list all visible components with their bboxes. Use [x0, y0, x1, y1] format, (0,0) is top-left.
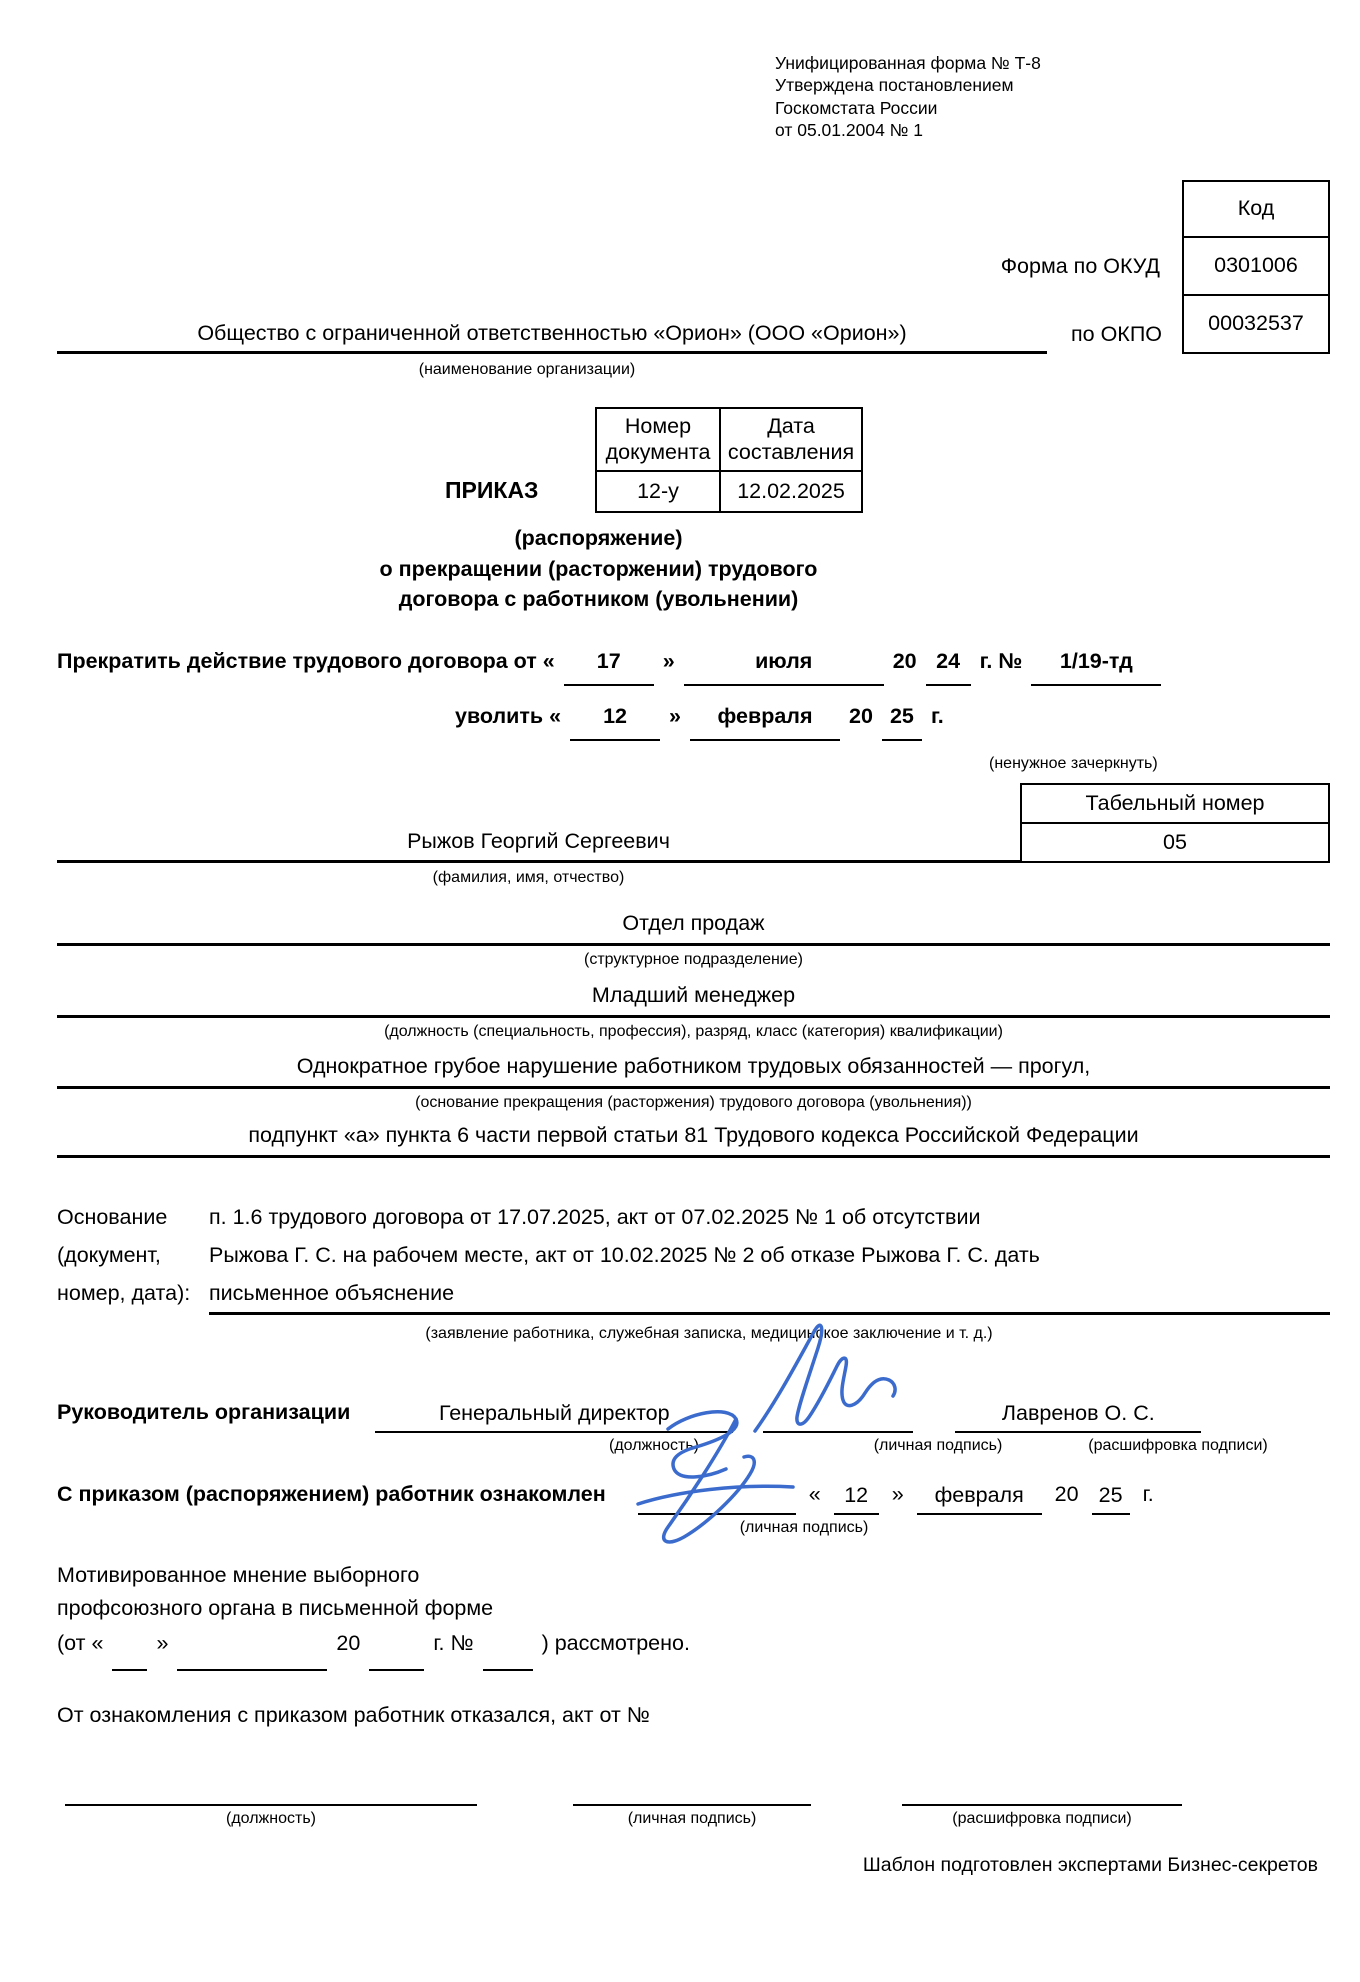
union-line: профсоюзного органа в письменной форме: [57, 1592, 1330, 1625]
head-name-field: Лавренов О. С.: [955, 1401, 1201, 1433]
basis-text-line: письменное объяснение: [209, 1274, 1330, 1315]
code-table: Код Форма по ОКУД 0301006 Общество с огр…: [57, 180, 1330, 379]
union-month-field: [177, 1627, 327, 1670]
doc-number-block: ПРИКАЗ Номер документа Дата составления …: [595, 407, 863, 514]
union-number-field: [483, 1627, 533, 1670]
doc-number-table: Номер документа Дата составления 12-у 12…: [595, 407, 863, 514]
dismiss-day-field: 12: [570, 704, 660, 741]
subtitle-line: о прекращении (расторжении) трудового: [57, 554, 1140, 585]
subtitle-line: договора с работником (увольнении): [57, 584, 1140, 615]
head-label: Руководитель организации: [57, 1400, 350, 1433]
terminate-century: 20: [893, 649, 917, 673]
terminate-number-label: г. №: [980, 649, 1023, 673]
dismiss-year-field: 25: [882, 704, 922, 741]
dismissal-reason-caption: (основание прекращения (расторжения) тру…: [57, 1094, 1330, 1112]
name-field-caption: (расшифровка подписи): [902, 1810, 1182, 1828]
okud-value-cell: 0301006: [1182, 238, 1330, 296]
department-line: Отдел продаж: [57, 911, 1330, 946]
position-field-caption: (должность): [475, 1437, 833, 1455]
name-field-caption: (расшифровка подписи): [1055, 1437, 1301, 1455]
ack-year-field: 25: [1092, 1483, 1130, 1515]
head-signature-row: Руководитель организации Генеральный дир…: [57, 1399, 1330, 1433]
legal-basis-line: подпункт «а» пункта 6 части первой стать…: [57, 1123, 1330, 1158]
basis-label-line: номер, дата):: [57, 1274, 209, 1312]
code-header-cell: Код: [1182, 180, 1330, 238]
template-credit: Шаблон подготовлен экспертами Бизнес-сек…: [57, 1854, 1330, 1877]
terminate-day-field: 17: [564, 649, 654, 686]
doc-date-value: 12.02.2025: [720, 471, 862, 512]
bottom-name-field: [902, 1780, 1182, 1806]
dismiss-date-line: уволить «12»февраля2025г.: [57, 704, 1330, 741]
union-date-line: (от « » 20 г. № ) рассмотрено.: [57, 1627, 1330, 1670]
bottom-captions: (должность) (личная подпись) (расшифровк…: [57, 1810, 1330, 1828]
dismiss-month-field: февраля: [690, 704, 840, 741]
doc-number-value: 12-у: [596, 471, 720, 512]
basis-label-line: Основание: [57, 1198, 209, 1236]
ack-day-field: 12: [834, 1483, 879, 1515]
organization-caption: (наименование организации): [57, 361, 997, 379]
head-signature-field: [763, 1399, 913, 1433]
dismiss-prefix: уволить «: [455, 704, 561, 728]
terminate-contract-line: Прекратить действие трудового договора о…: [57, 649, 1330, 686]
personnel-number-label: Табельный номер: [1022, 785, 1328, 824]
refusal-line: От ознакомления с приказом работник отка…: [57, 1703, 1330, 1728]
employee-signature-field: [638, 1481, 796, 1515]
close-quote: »: [669, 704, 681, 728]
close-quote: »: [892, 1482, 904, 1515]
close-quote: »: [156, 1631, 168, 1655]
order-subtitle: (распоряжение) о прекращении (расторжени…: [57, 523, 1140, 615]
organization-name: Общество с ограниченной ответственностью…: [57, 321, 1047, 354]
personnel-number-box: Табельный номер 05: [1020, 783, 1330, 863]
okpo-label: по ОКПО: [1047, 322, 1182, 354]
department-caption: (структурное подразделение): [57, 951, 1330, 969]
acknowledgement-row: С приказом (распоряжением) работник озна…: [57, 1481, 1330, 1515]
position-field-caption: (должность): [65, 1810, 477, 1828]
basis-text-line: п. 1.6 трудового договора от 17.07.2025,…: [209, 1198, 1330, 1236]
basis-label-line: (документ,: [57, 1236, 209, 1274]
union-day-field: [112, 1627, 147, 1670]
t8-order-document: Унифицированная форма № Т-8 Утверждена п…: [0, 0, 1360, 1982]
cross-out-note: (ненужное зачеркнуть): [989, 755, 1330, 773]
dismiss-century: 20: [849, 704, 873, 728]
terminate-prefix: Прекратить действие трудового договора о…: [57, 649, 555, 673]
order-title: ПРИКАЗ: [445, 477, 538, 504]
union-century: 20: [336, 1631, 360, 1655]
doc-number-header: Номер документа: [596, 408, 720, 472]
contract-number-field: 1/19-тд: [1031, 649, 1161, 686]
personnel-number-value: 05: [1022, 824, 1328, 861]
close-quote: »: [663, 649, 675, 673]
open-quote: «: [809, 1482, 821, 1515]
basis-text-line: Рыжова Г. С. на рабочем месте, акт от 10…: [209, 1236, 1330, 1274]
position-caption: (должность (специальность, профессия), р…: [57, 1023, 1330, 1041]
subtitle-line: (распоряжение): [57, 523, 1140, 554]
ack-month-field: февраля: [917, 1483, 1042, 1515]
doc-date-header: Дата составления: [720, 408, 862, 472]
head-position-field: Генеральный директор: [375, 1401, 733, 1433]
dismissal-reason-line: Однократное грубое нарушение работником …: [57, 1054, 1330, 1089]
basis-text: п. 1.6 трудового договора от 17.07.2025,…: [209, 1198, 1330, 1315]
basis-caption: (заявление работника, служебная записка,…: [209, 1325, 1209, 1343]
full-name-caption: (фамилия, имя, отчество): [57, 869, 1000, 887]
form-info-line: от 05.01.2004 № 1: [775, 119, 1330, 141]
bottom-signature-lines: [57, 1780, 1330, 1806]
signature-field-caption: (личная подпись): [573, 1810, 811, 1828]
position-line: Младший менеджер: [57, 983, 1330, 1018]
employee-full-name: Рыжов Георгий Сергеевич: [57, 829, 1020, 863]
terminate-year-field: 24: [926, 649, 971, 686]
ack-century: 20: [1055, 1482, 1079, 1515]
union-opinion-block: Мотивированное мнение выборного профсоюз…: [57, 1559, 1330, 1671]
union-open: (от «: [57, 1631, 103, 1655]
head-signature-captions: (должность) (личная подпись) (расшифровк…: [57, 1437, 1330, 1455]
form-info-line: Унифицированная форма № Т-8: [775, 52, 1330, 74]
form-approval-info: Унифицированная форма № Т-8 Утверждена п…: [775, 52, 1330, 142]
terminate-month-field: июля: [684, 649, 884, 686]
union-number-label: г. №: [433, 1631, 473, 1655]
ack-signature-caption: (личная подпись): [721, 1519, 887, 1537]
ack-year-suffix: г.: [1143, 1482, 1154, 1515]
basis-label: Основание (документ, номер, дата):: [57, 1198, 209, 1315]
basis-block: Основание (документ, номер, дата): п. 1.…: [57, 1198, 1330, 1315]
bottom-signature-field: [573, 1780, 811, 1806]
okpo-value-cell: 00032537: [1182, 296, 1330, 354]
bottom-position-field: [65, 1780, 477, 1806]
union-line: Мотивированное мнение выборного: [57, 1559, 1330, 1592]
acknowledgement-label: С приказом (распоряжением) работник озна…: [57, 1482, 606, 1515]
dismiss-year-suffix: г.: [931, 704, 944, 728]
union-year-field: [369, 1627, 424, 1670]
union-tail: ) рассмотрено.: [542, 1631, 690, 1655]
form-info-line: Утверждена постановлением: [775, 74, 1330, 96]
form-info-line: Госкомстата России: [775, 97, 1330, 119]
okud-label: Форма по ОКУД: [57, 238, 1182, 296]
signature-field-caption: (личная подпись): [863, 1437, 1013, 1455]
employee-name-row: Рыжов Георгий Сергеевич Табельный номер …: [57, 783, 1330, 863]
